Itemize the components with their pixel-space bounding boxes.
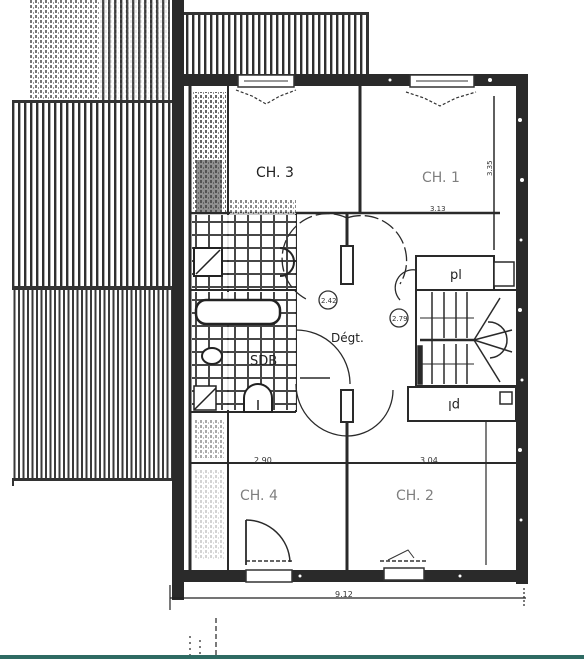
toilet-icon xyxy=(202,348,222,364)
bathroom xyxy=(192,215,296,412)
floor-plan: CH. 3 CH. 1 CH. 4 CH. 2 SDB Dégt. pl pl … xyxy=(0,0,584,659)
bottom-accent-bar xyxy=(0,655,584,659)
window-ch3 xyxy=(236,75,296,104)
room-label-ch2: CH. 2 xyxy=(396,488,434,504)
closet-bottom xyxy=(408,387,516,421)
roof-hatching-left-lower xyxy=(12,286,172,481)
bathtub-icon xyxy=(196,300,280,324)
staircase xyxy=(418,292,512,384)
room-label-degt: Dégt. xyxy=(331,331,364,345)
window-ch1 xyxy=(406,75,476,106)
area-degt-1: 2.42 xyxy=(321,297,337,305)
dim-ch1-height: 3.35 xyxy=(486,160,494,176)
window-ch2 xyxy=(380,550,428,580)
room-label-ch3: CH. 3 xyxy=(256,165,294,181)
dim-ch1-width: 3.13 xyxy=(430,205,446,213)
closet-label-top: pl xyxy=(450,268,462,283)
dim-ch4-width: 2.90 xyxy=(254,456,272,465)
closet-top xyxy=(416,256,514,290)
area-degt-2: 2.79 xyxy=(392,315,408,323)
room-label-sdb: SDB xyxy=(250,354,277,369)
closet-label-bottom: pl xyxy=(448,397,460,412)
dim-ch2-width: 3.04 xyxy=(420,456,438,465)
dim-overall-width: 9.12 xyxy=(335,590,353,599)
window-ch4 xyxy=(246,561,292,582)
roof-hatching-top xyxy=(176,12,368,74)
room-label-ch1: CH. 1 xyxy=(422,170,460,186)
room-label-ch4: CH. 4 xyxy=(240,488,278,504)
roof-hatching-top-left xyxy=(30,0,170,100)
